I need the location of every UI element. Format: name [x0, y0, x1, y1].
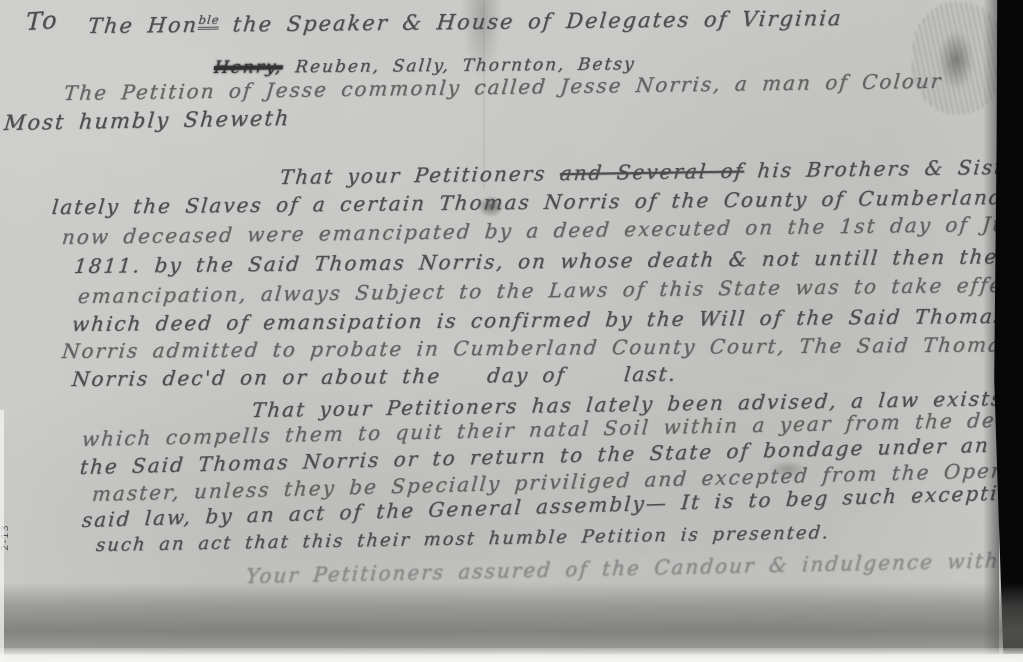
salutation-honorable: The Hon: [87, 13, 199, 38]
body-line-1-before: That your Petitioners: [279, 161, 561, 189]
scanned-petition-page: To The Honble the Speaker & House of Del…: [0, 0, 1023, 662]
body-line-6: which deed of emansipation is confirmed …: [71, 306, 1007, 334]
salutation-to: To: [26, 8, 59, 34]
closing-partial-line: Your Petitioners assured of the Candour …: [245, 548, 1023, 586]
body-line-3: now deceased were emancipated by a deed …: [61, 213, 1023, 247]
salutation-rest: the Speaker & House of Delegates of Virg…: [218, 6, 844, 37]
body-line-8-c: last.: [623, 362, 678, 386]
rubbing-smudge-core: [938, 30, 974, 90]
body-line-7: Norris admitted to probate in Cumberland…: [61, 334, 1015, 361]
body-line-1: That your Petitioners and Several of his…: [279, 156, 1023, 187]
body-line-1-struck: and Several of: [559, 159, 745, 186]
body-line-8-a: Norris dec'd on or about the: [71, 364, 443, 391]
body-line-8-b: day of: [486, 363, 567, 388]
salutation-line: The Honble the Speaker & House of Delega…: [87, 8, 843, 37]
body-line-4: 1811. by the Said Thomas Norris, on whos…: [73, 246, 1023, 276]
body-line-2: lately the Slaves of a certain Thomas No…: [51, 187, 1005, 217]
body-line-8: Norris dec'd on or about theday oflast.: [71, 364, 678, 389]
bottom-light-strip: [0, 648, 1023, 662]
body-line-1-after: his Brothers & Sisters: [743, 154, 1023, 182]
scan-shadow-band: [0, 582, 1023, 654]
left-edge-light-sliver: [0, 410, 4, 662]
interlined-name-struck: Henry,: [213, 57, 284, 78]
body-line-5: emancipation, always Subject to the Laws…: [77, 274, 1023, 306]
sheweth-line: Most humbly Sheweth: [3, 108, 291, 134]
petition-intro-line: The Petition of Jesse commonly called Je…: [63, 71, 943, 103]
body-line-14: such an act that this their most humble …: [95, 524, 830, 555]
salutation-superscript: ble: [198, 13, 221, 30]
